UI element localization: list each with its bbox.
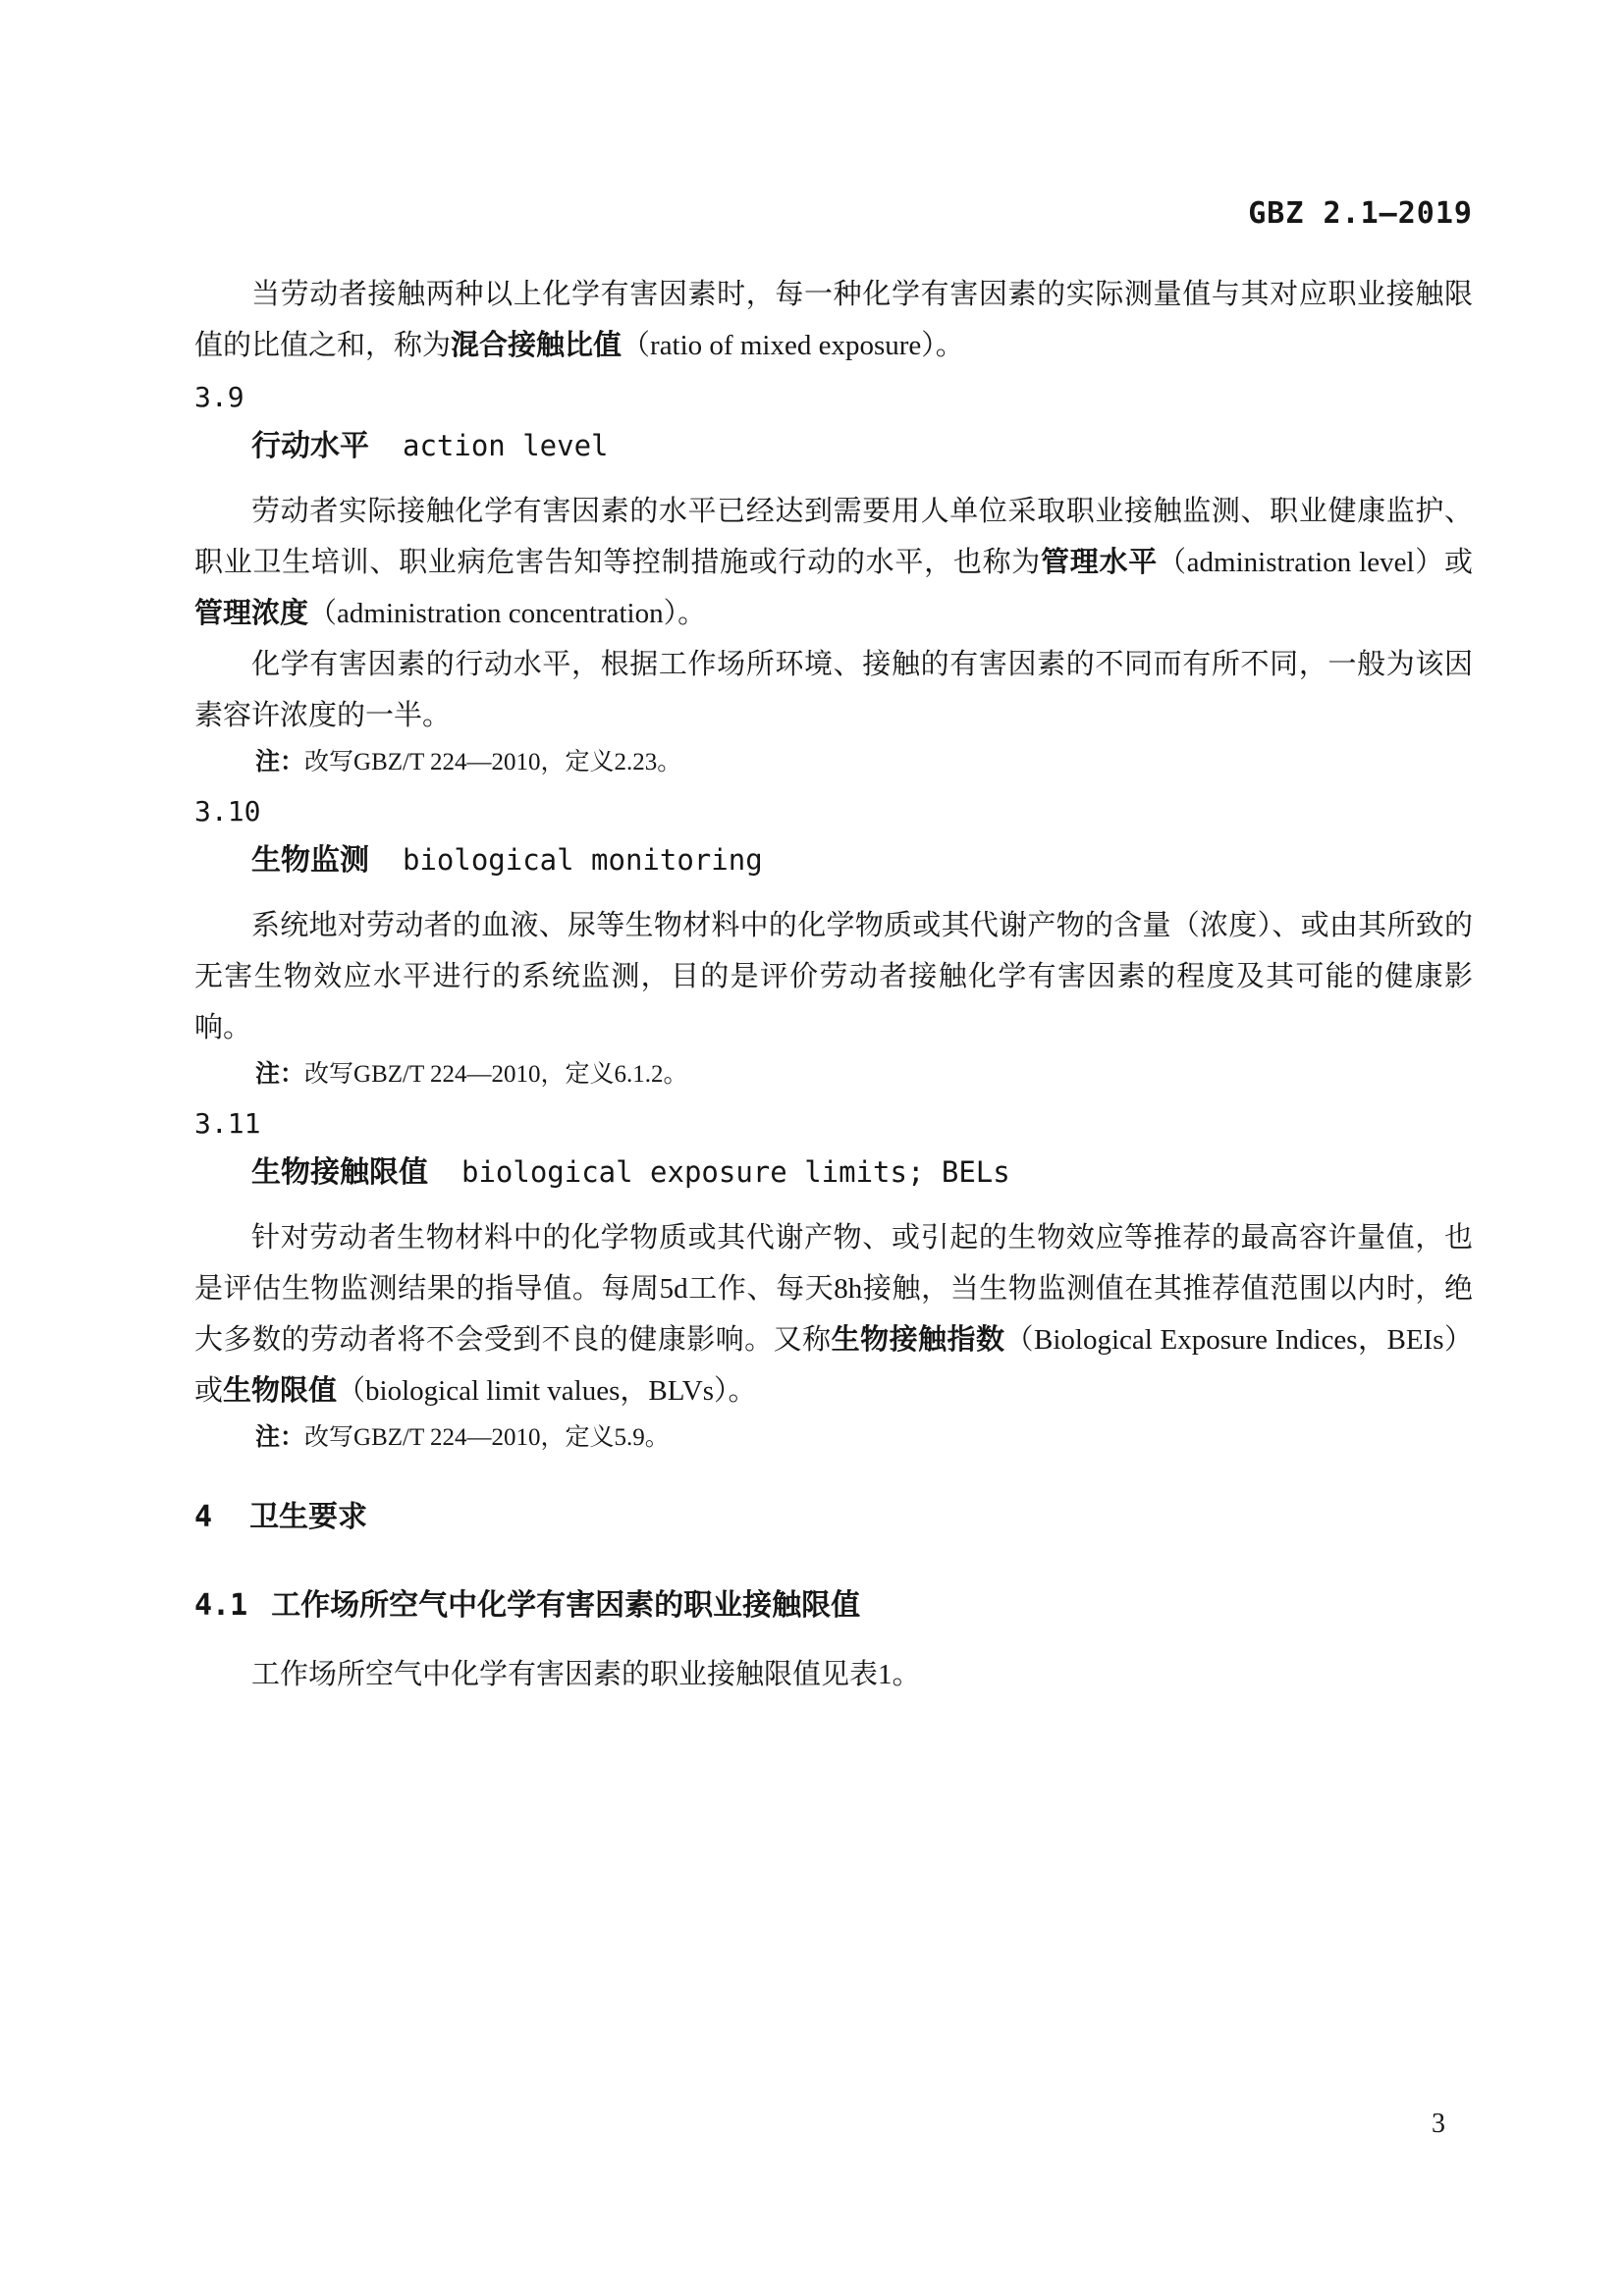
note-text: 改写GBZ/T 224—2010，定义5.9。 [304,1424,670,1451]
note-label: 注： [255,748,304,775]
page-content: GBZ 2.1—2019 当劳动者接触两种以上化学有害因素时，每一种化学有害因素… [194,0,1473,1700]
def-term-bold: 生物限值 [223,1375,337,1407]
standard-code: GBZ 2.1—2019 [194,198,1473,230]
definition-paragraph-3-10: 系统地对劳动者的血液、尿等生物材料中的化学物质或其代谢产物的含量（浓度）、或由其… [194,900,1473,1053]
document-page: GBZ 2.1—2019 当劳动者接触两种以上化学有害因素时，每一种化学有害因素… [0,0,1624,2296]
definition-paragraph-3-9: 劳动者实际接触化学有害因素的水平已经达到需要用人单位采取职业接触监测、职业健康监… [194,486,1473,639]
chapter-title: 工作场所空气中化学有害因素的职业接触限值 [271,1589,860,1622]
def-run: （biological limit values，BLVs）。 [337,1375,756,1407]
note-text: 改写GBZ/T 224—2010，定义2.23。 [304,749,681,775]
paragraph-4-1: 工作场所空气中化学有害因素的职业接触限值见表1。 [194,1649,1473,1700]
term-heading-3-9: 行动水平action level [194,426,1473,466]
chapter-heading-4: 4卫生要求 [194,1496,1473,1539]
note-label: 注： [255,1060,304,1088]
note-label: 注： [255,1423,304,1451]
def-term-bold: 管理水平 [1041,547,1158,578]
chapter-number: 4.1 [194,1588,247,1623]
term-en: biological exposure limits; BELs [461,1155,1010,1189]
term-cn: 生物接触限值 [251,1156,428,1189]
clause-number-3-11: 3.11 [194,1109,1473,1139]
def-run: （administration level）或 [1158,547,1473,578]
def-term-bold: 生物接触指数 [832,1324,1005,1356]
note-3-10: 注：改写GBZ/T 224—2010，定义6.1.2。 [194,1055,1473,1094]
clause-number-3-10: 3.10 [194,797,1473,827]
term-heading-3-10: 生物监测biological monitoring [194,840,1473,881]
intro-run: （ratio of mixed exposure）。 [622,330,964,361]
intro-term-bold: 混合接触比值 [451,330,622,361]
chapter-title: 卫生要求 [249,1501,367,1533]
note-text: 改写GBZ/T 224—2010，定义6.1.2。 [304,1061,688,1088]
clause-number-3-9: 3.9 [194,383,1473,412]
term-en: action level [403,429,609,462]
def-run: （administration concentration）。 [308,598,706,629]
term-heading-3-11: 生物接触限值biological exposure limits; BELs [194,1152,1473,1193]
chapter-heading-4-1: 4.1工作场所空气中化学有害因素的职业接触限值 [194,1584,1473,1628]
note-3-9: 注：改写GBZ/T 224—2010，定义2.23。 [194,743,1473,781]
term-en: biological monitoring [403,843,763,877]
note-3-11: 注：改写GBZ/T 224—2010，定义5.9。 [194,1418,1473,1457]
page-number: 3 [1432,2109,1445,2140]
paragraph-3-9-2: 化学有害因素的行动水平，根据工作场所环境、接触的有害因素的不同而有所不同，一般为… [194,639,1473,741]
term-cn: 生物监测 [251,844,369,877]
def-term-bold: 管理浓度 [194,598,308,629]
definition-paragraph-3-11: 针对劳动者生物材料中的化学物质或其代谢产物、或引起的生物效应等推荐的最高容许量值… [194,1212,1473,1416]
intro-paragraph: 当劳动者接触两种以上化学有害因素时，每一种化学有害因素的实际测量值与其对应职业接… [194,269,1473,371]
chapter-number: 4 [194,1500,212,1534]
term-cn: 行动水平 [251,430,369,462]
